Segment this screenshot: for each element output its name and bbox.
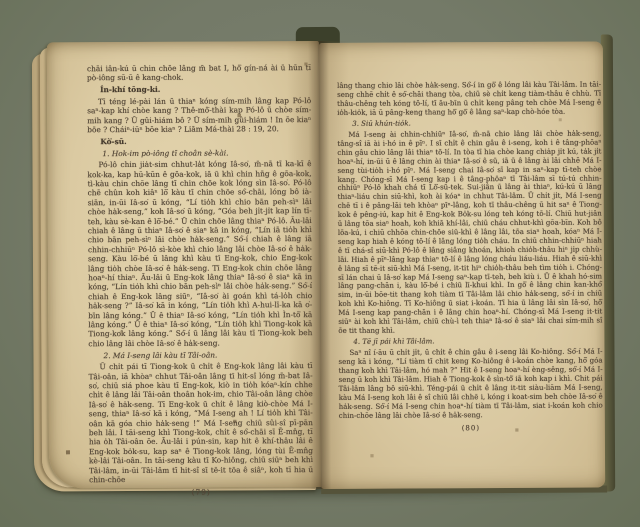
left-page-number: (79) <box>89 488 313 499</box>
left-heading-motivation: Ín-khí tōng-ki. <box>87 84 311 95</box>
left-section2-heading: 2. Má I-seng lâi kàu tī Tâi-oân. <box>88 350 312 361</box>
photo-background: chāi iân-kú ū chin chōe lâng m̄ bat I, h… <box>0 0 640 527</box>
open-book: chāi iân-kú ū chin chōe lâng m̄ bat I, h… <box>0 0 640 527</box>
paper-specks <box>0 2 1 4</box>
left-section1-heading: 1. Hok-im pò-iông tī choân sè-kài. <box>87 148 311 159</box>
right-page-text: lâng thang chio lâi chòe ha̍k-seng. Só͘-… <box>337 81 603 434</box>
left-section1-paragraph: Pó-lô chin jia̍t-sim chhut-la̍t kóng Iâ-… <box>87 159 312 348</box>
right-carryover-paragraph: lâng thang chio lâi chòe ha̍k-seng. Só͘-… <box>337 81 601 118</box>
left-section2-paragraph: Ū chi̍t pái tī Tiong-kok ū chi̍t ê Eng-k… <box>89 361 314 484</box>
right-section4-paragraph: Saⁿ nî í-āu ū chi̍t ji̍t, ū chi̍t ê chin… <box>338 348 602 421</box>
right-section3-paragraph: Má I-seng ài chhin-chhiūⁿ Iâ-so͘, m̄-nā … <box>337 130 602 336</box>
left-carryover-paragraph: chāi iân-kú ū chin chōe lâng m̄ bat I, h… <box>87 63 311 83</box>
right-section3-heading: 3. Siū khún-tio̍k. <box>337 119 601 129</box>
right-page-number: (80) <box>339 423 603 433</box>
right-section4-heading: 4. Tē jī pái khì Tâi-lâm. <box>338 337 602 347</box>
left-page-text: chāi iân-kú ū chin chōe lâng m̄ bat I, h… <box>87 63 313 498</box>
left-heading-story: Kò͘-sū. <box>87 136 311 147</box>
left-motivation-paragraph: Tī téng lé-pài lán ū thiaⁿ kóng sím-mih … <box>87 96 311 135</box>
